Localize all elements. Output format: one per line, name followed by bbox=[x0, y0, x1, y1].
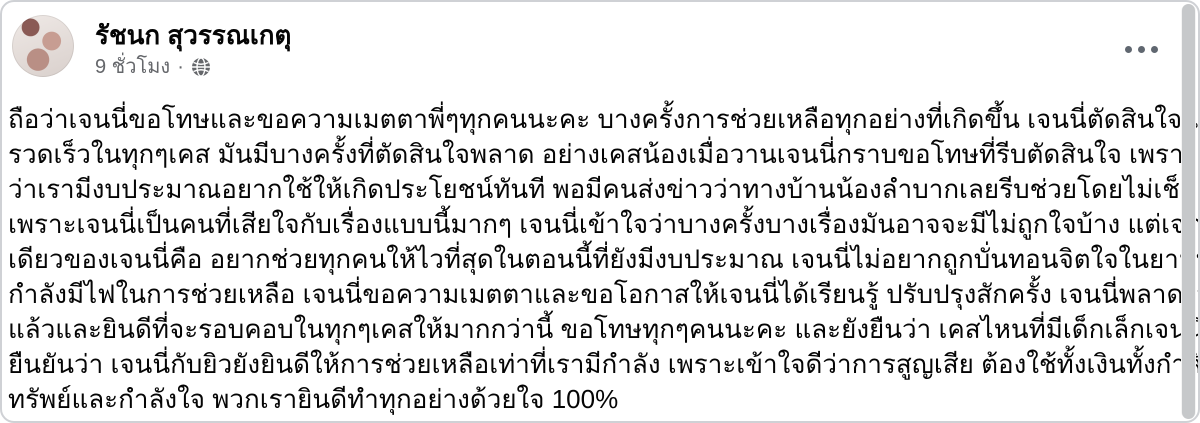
timestamp[interactable]: 9 ชั่วโมง bbox=[95, 55, 170, 79]
post-text-line: ว่าเรามีงบประมาณอยากใช้ให้เกิดประโยชน์ทั… bbox=[8, 172, 1164, 207]
post-card: รัชนก สุวรรณเกตุ 9 ชั่วโมง · bbox=[0, 0, 1200, 423]
more-options-button[interactable] bbox=[1119, 40, 1164, 59]
separator-dot: · bbox=[177, 55, 184, 79]
post-text-line: กำลังมีไฟในการช่วยเหลือ เจนนี่ขอความเมตต… bbox=[8, 277, 1164, 312]
scrollbar-thumb[interactable] bbox=[1182, 4, 1195, 419]
post-meta: รัชนก สุวรรณเกตุ 9 ชั่วโมง · bbox=[95, 15, 291, 79]
author-name[interactable]: รัชนก สุวรรณเกตุ bbox=[95, 20, 291, 50]
globe-icon bbox=[191, 57, 211, 77]
ellipsis-icon bbox=[1125, 46, 1158, 53]
scrollbar[interactable] bbox=[1181, 4, 1196, 419]
post-text-line: ทรัพย์และกำลังใจ พวกเรายินดีทำทุกอย่างด้… bbox=[8, 382, 1164, 417]
post-text-line: เพราะเจนนี่เป็นคนที่เสียใจกับเรื่องแบบนี… bbox=[8, 207, 1164, 242]
post-subline: 9 ชั่วโมง · bbox=[95, 55, 291, 79]
post-header: รัชนก สุวรรณเกตุ 9 ชั่วโมง · bbox=[12, 15, 1128, 79]
post-text-line: รวดเร็วในทุกๆเคส มันมีบางครั้งที่ตัดสินใ… bbox=[8, 137, 1164, 172]
post-text-line: แล้วและยินดีที่จะรอบคอบในทุกๆเคสให้มากกว… bbox=[8, 312, 1164, 347]
post-text-line: ยืนยันว่า เจนนี่กับยิวยังยินดีให้การช่วย… bbox=[8, 347, 1164, 382]
post-text-line: ถือว่าเจนนี่ขอโทษและขอความเมตตาพี่ๆทุกคน… bbox=[8, 102, 1164, 137]
post-text: ถือว่าเจนนี่ขอโทษและขอความเมตตาพี่ๆทุกคน… bbox=[8, 102, 1164, 417]
post-text-line: เดียวของเจนนี่คือ อยากช่วยทุกคนให้ไวที่ส… bbox=[8, 242, 1164, 277]
avatar[interactable] bbox=[12, 15, 74, 77]
